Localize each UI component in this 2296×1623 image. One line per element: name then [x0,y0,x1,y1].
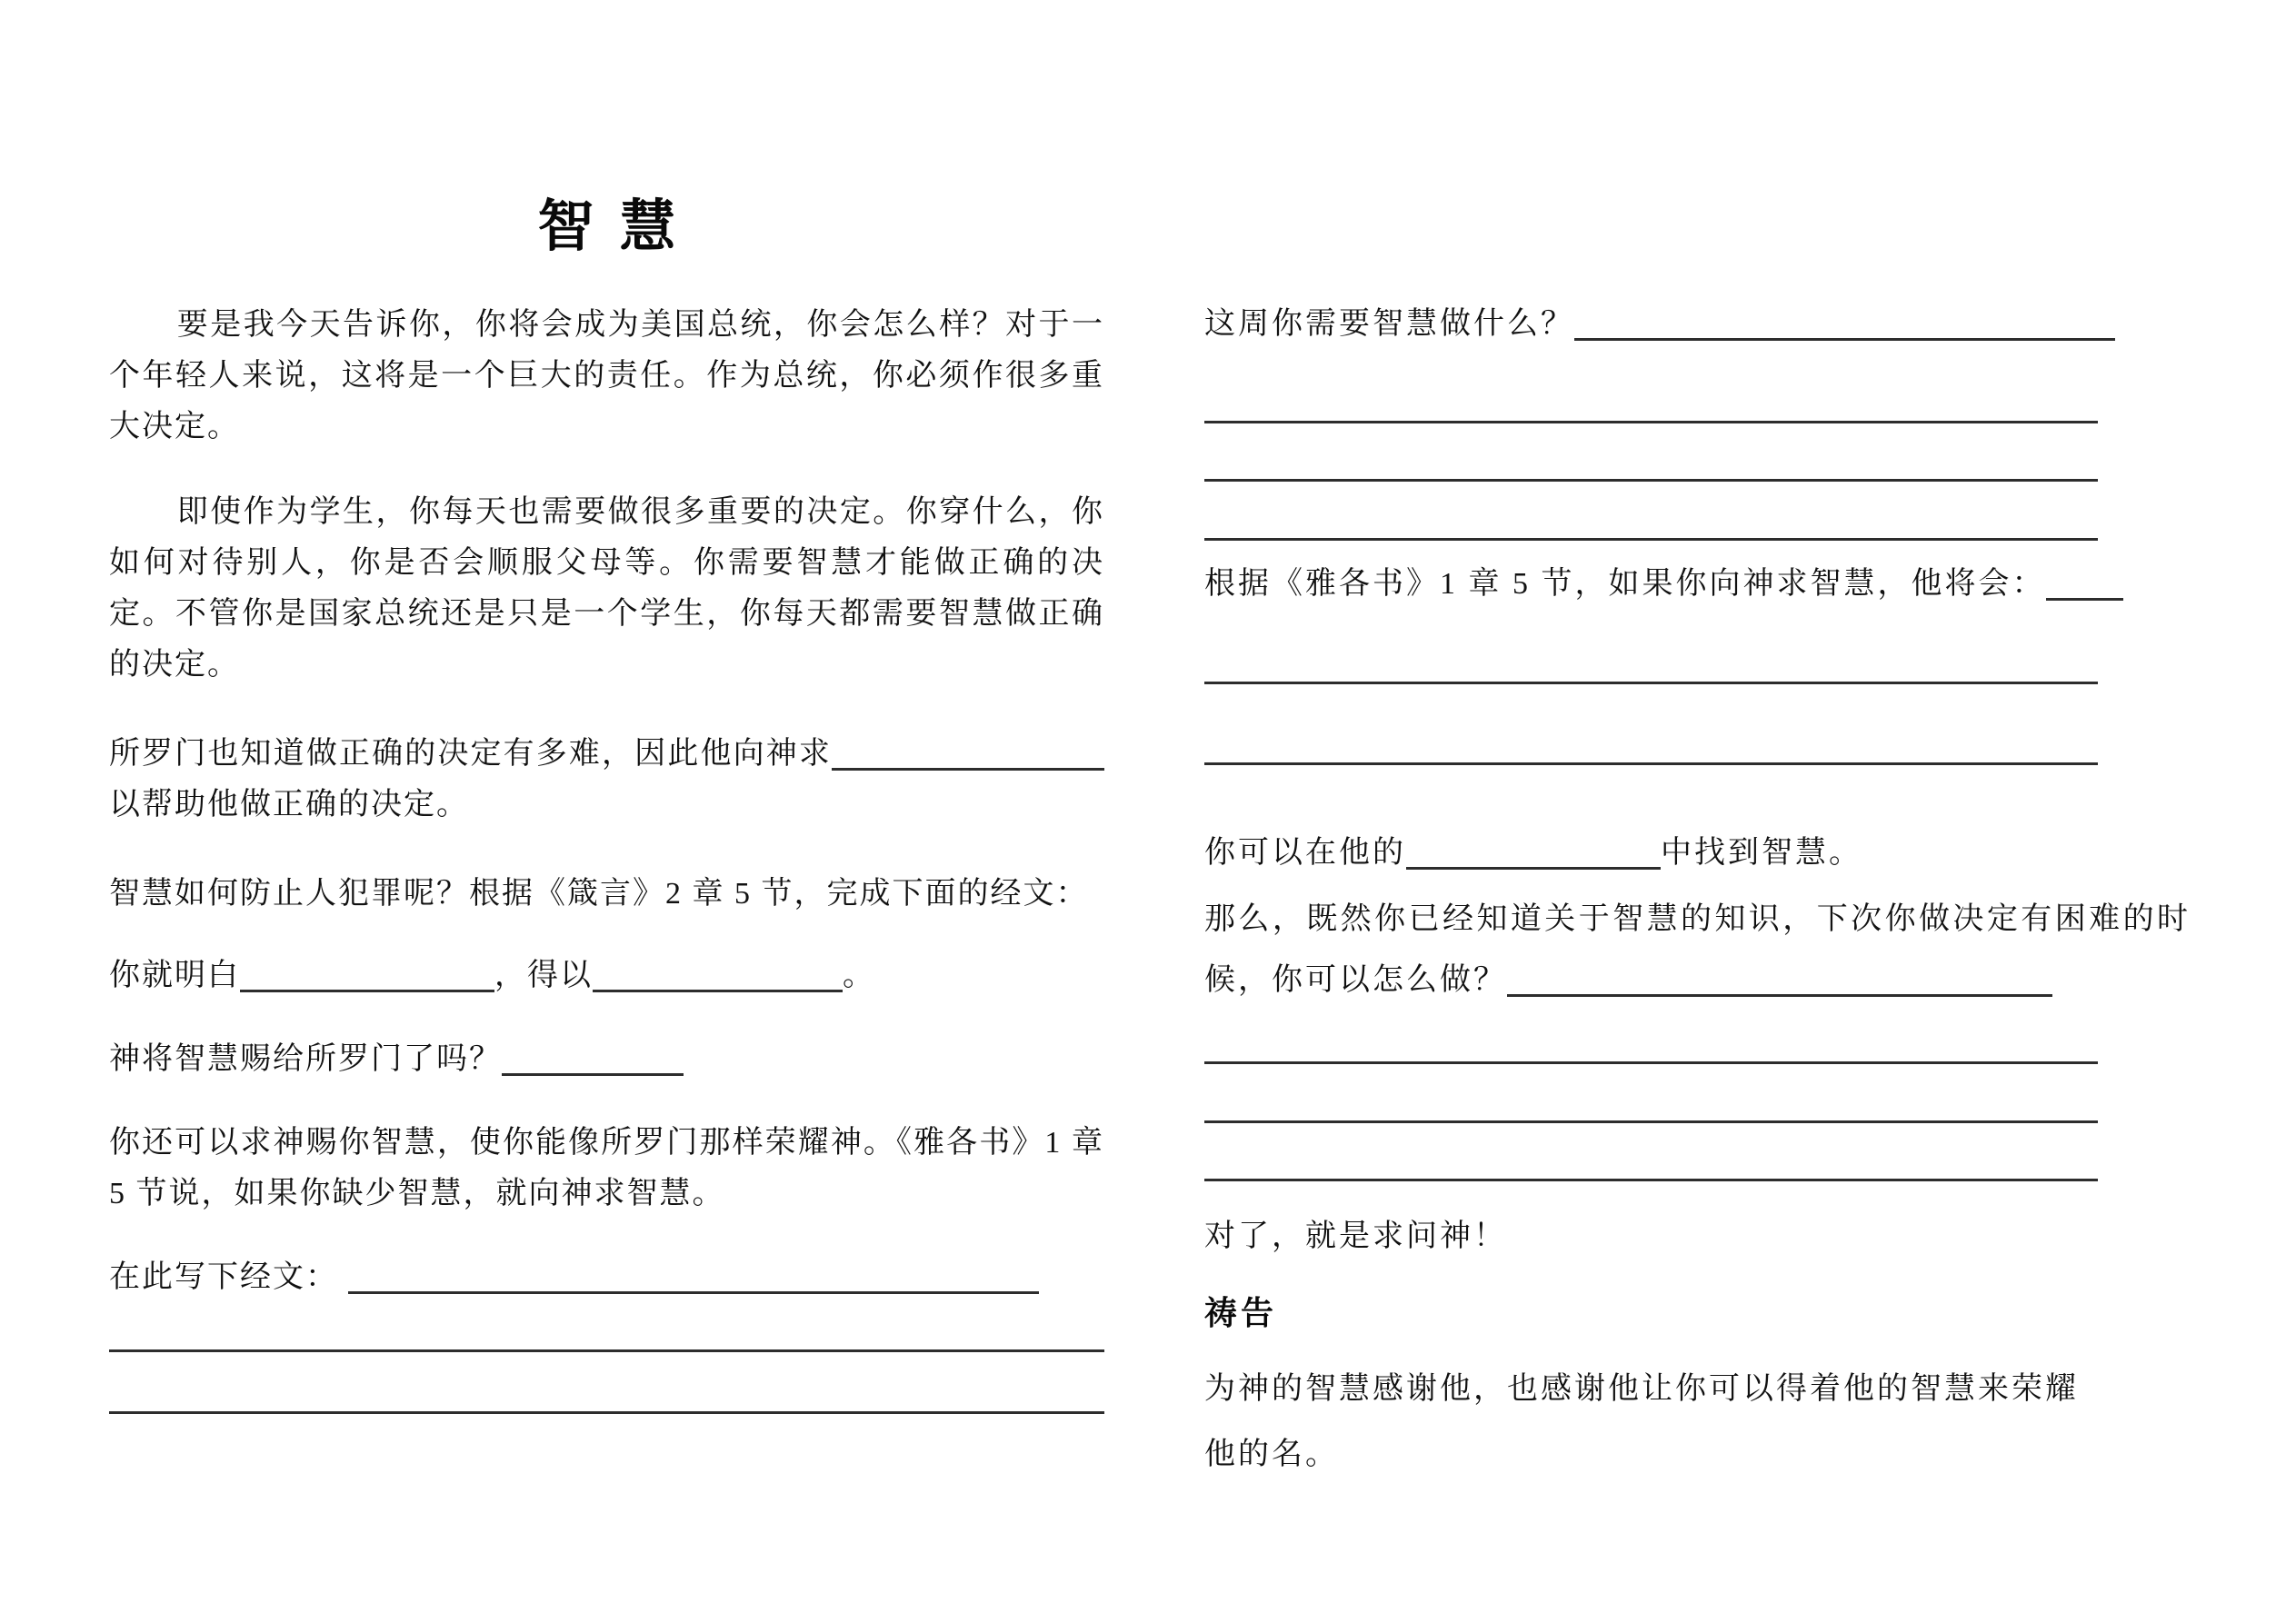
fill-in-blank [2046,594,2123,601]
text-run: 即使作为学生，你每天也需要做很多重要的决定。你穿什么，你如何对待别人，你是否会顺… [109,495,1104,682]
fill-in-blank [240,986,494,992]
intro-paragraph-1: 要是我今天告诉你，你将会成为美国总统，你会怎么样？对于一个年轻人来说，这将是一个… [109,300,1104,453]
write-verse-prompt: 在此写下经文： [109,1252,1104,1303]
text-run: 神将智慧赐给所罗门了吗？ [109,1042,502,1076]
text-run: 为神的智慧感谢他，也感谢他让你可以得着他的智慧来荣耀 [1204,1372,2079,1406]
james-paragraph: 你还可以求神赐你智慧，使你能像所罗门那样荣耀神。《雅各书》1 章 5 节说，如果… [109,1118,1104,1220]
fill-in-blank [502,1070,684,1076]
text-run: ，得以 [494,959,593,992]
text-run: 所罗门也知道做正确的决定有多难，因此他向神求 [109,737,832,771]
ruled-line [1204,1123,2098,1181]
proverbs-fill-line: 你就明白，得以。 [109,951,1104,1001]
text-run: 在此写下经文： [109,1260,348,1294]
text-run: 你可以在他的 [1204,836,1406,870]
page-title: 智慧 [109,191,1104,264]
text-run: 你就明白 [109,959,240,992]
ruled-line [1204,684,2098,765]
text-run: 这周你需要智慧做什么？ [1204,307,1574,341]
ruled-line [1204,1011,2098,1064]
prayer-paragraph: 为神的智慧感谢他，也感谢他让你可以得着他的智慧来荣耀他的名。 [1204,1357,2191,1488]
answer-statement: 对了，就是求问神！ [1204,1209,2191,1265]
intro-paragraph-2: 即使作为学生，你每天也需要做很多重要的决定。你穿什么，你如何对待别人，你是否会顺… [109,487,1104,691]
text-run: 要是我今天告诉你，你将会成为美国总统，你会怎么样？对于一个年轻人来说，这将是一个… [109,308,1104,443]
solomon-question-line: 神将智慧赐给所罗门了吗？ [109,1034,1104,1085]
text-run: 中找到智慧。 [1661,836,1862,870]
fill-in-blank [1507,991,2052,997]
proverbs-prompt: 智慧如何防止人犯罪呢？根据《箴言》2 章 5 节，完成下面的经文： [109,869,1104,920]
ruled-line [109,1303,1104,1352]
fill-in-blank [832,764,1104,771]
fill-in-blank [1574,334,2115,341]
james-promise-question: 根据《雅各书》1 章 5 节，如果你向神求智慧，他将会： [1204,556,2191,612]
ruled-line [1204,353,2098,423]
left-column: 智慧 要是我今天告诉你，你将会成为美国总统，你会怎么样？对于一个年轻人来说，这将… [109,191,1104,1414]
text-run: 你还可以求神赐你智慧，使你能像所罗门那样荣耀神。《雅各书》1 章 5 节说，如果… [109,1126,1104,1210]
text-run: 根据《雅各书》1 章 5 节，如果你向神求智慧，他将会： [1204,567,2046,601]
ruled-line [1204,612,2098,684]
text-run: 智慧如何防止人犯罪呢？根据《箴言》2 章 5 节，完成下面的经文： [109,877,1089,911]
text-run: 。 [843,959,875,992]
solomon-request-paragraph: 所罗门也知道做正确的决定有多难，因此他向神求以帮助他做正确的决定。 [109,729,1104,831]
text-run: 他的名。 [1204,1438,1339,1471]
prayer-heading: 祷告 [1204,1293,2191,1333]
fill-in-blank [1406,863,1661,870]
text-run: 那么，既然你已经知道关于智慧的知识，下次你做决定有困难的时候，你可以怎么做？ [1204,902,2191,997]
apply-wisdom-question: 那么，既然你已经知道关于智慧的知识，下次你做决定有困难的时候，你可以怎么做？ [1204,889,2191,1011]
weekly-wisdom-question: 这周你需要智慧做什么？ [1204,296,2191,353]
find-wisdom-fill-line: 你可以在他的中找到智慧。 [1204,825,2191,881]
right-column: 这周你需要智慧做什么？ 根据《雅各书》1 章 5 节，如果你向神求智慧，他将会：… [1204,191,2191,1488]
ruled-line [109,1352,1104,1414]
text-run: 以帮助他做正确的决定。 [109,788,469,821]
text-run: 对了，就是求问神！ [1204,1220,1507,1253]
ruled-line [1204,482,2098,541]
fill-in-blank [348,1288,1039,1294]
ruled-line [1204,423,2098,482]
ruled-line [1204,1064,2098,1123]
worksheet-page: 智慧 要是我今天告诉你，你将会成为美国总统，你会怎么样？对于一个年轻人来说，这将… [0,0,2296,1623]
fill-in-blank [593,986,843,992]
